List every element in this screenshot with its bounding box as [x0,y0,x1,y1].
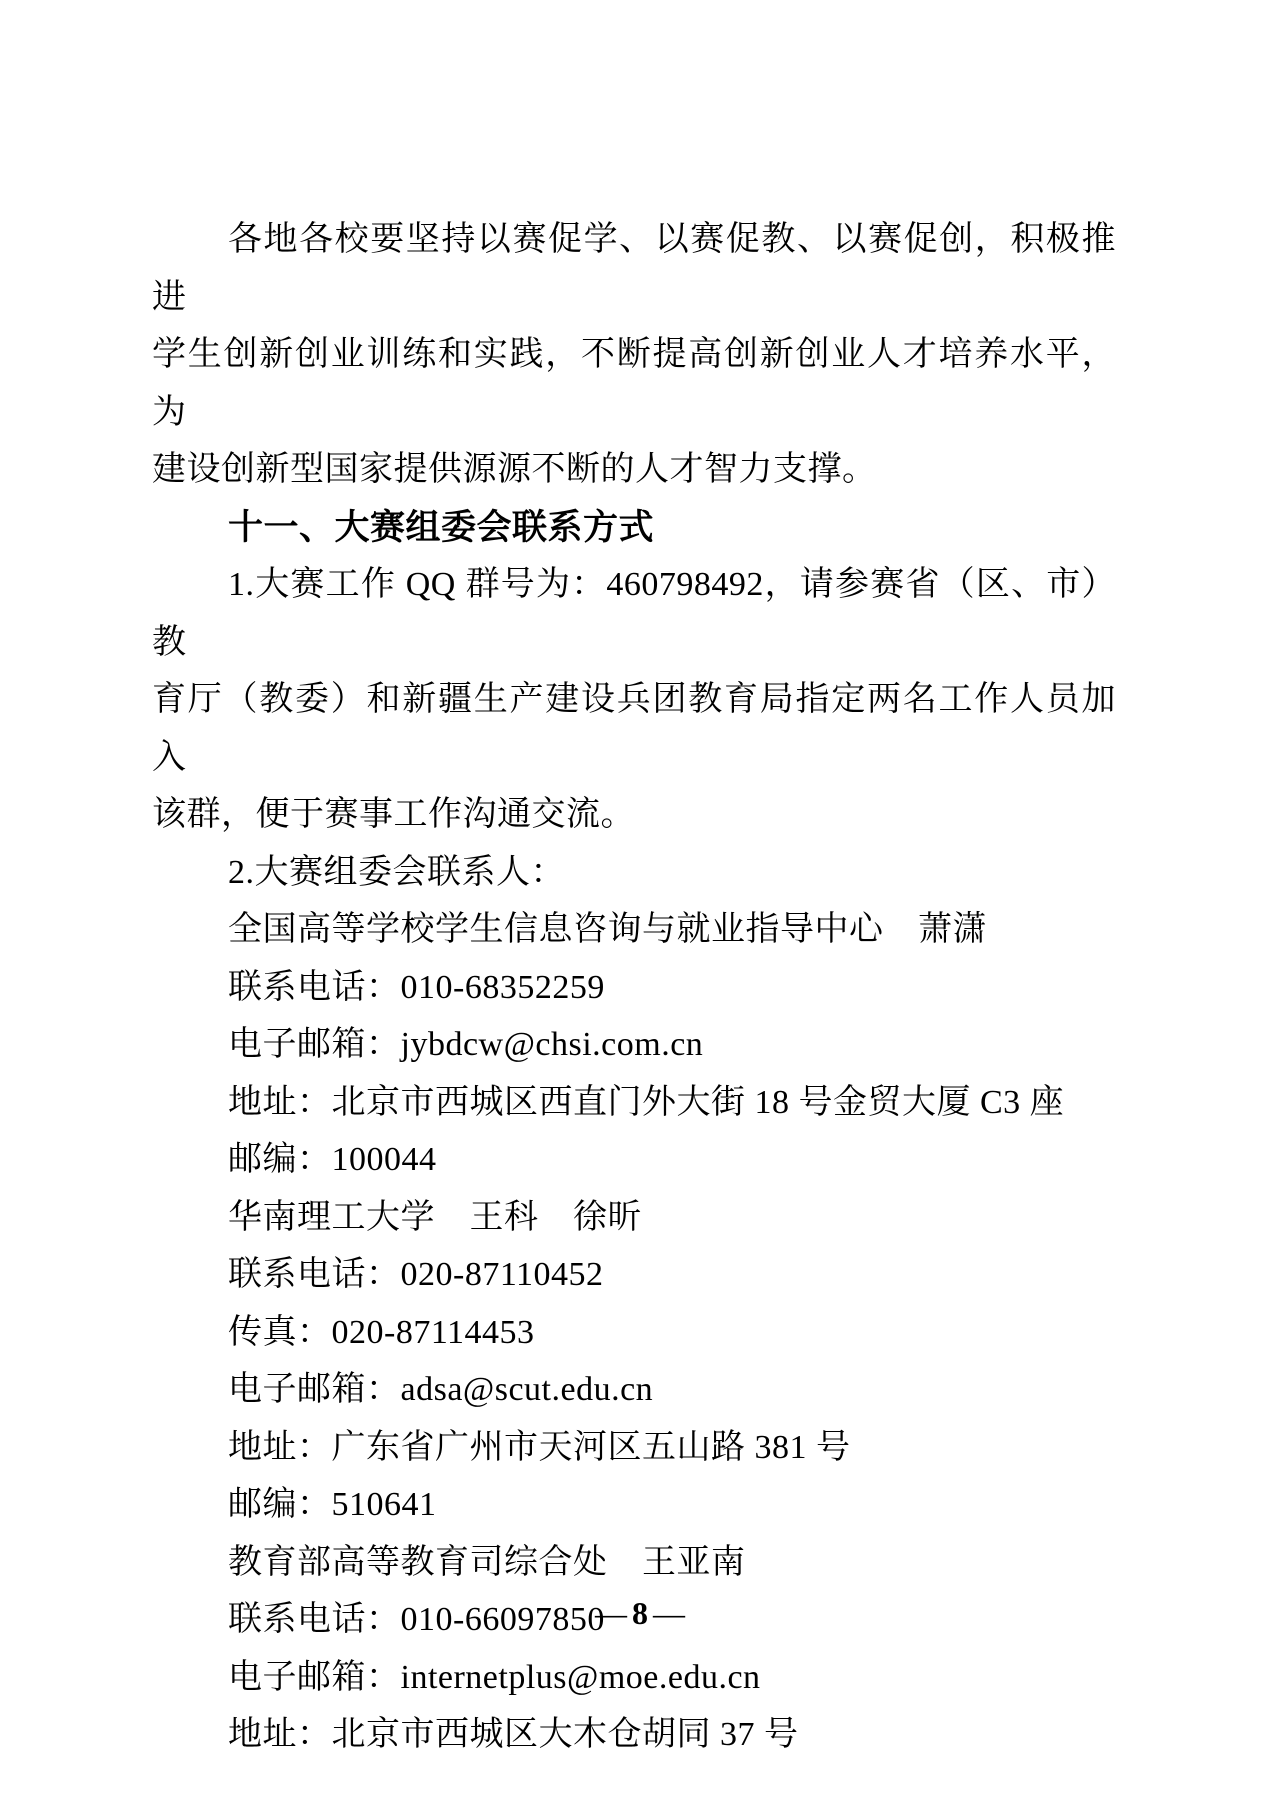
page-footer: —8— [0,1585,1280,1643]
contact-block-moe: 教育部高等教育司综合处 王亚南 联系电话：010-66097850 电子邮箱：i… [152,1534,1116,1764]
contact-email-line: 电子邮箱：jybdcw@chsi.com.cn [152,1016,1116,1074]
section-heading: 十一、大赛组委会联系方式 [152,499,1116,557]
contact-phone-line: 联系电话：020-87110452 [152,1246,1116,1304]
contact-org-line: 全国高等学校学生信息咨询与就业指导中心 萧潇 [152,901,1116,959]
contact-phone-line: 联系电话：010-68352259 [152,959,1116,1017]
document-page: 各地各校要坚持以赛促学、以赛促教、以赛促创，积极推进 学生创新创业训练和实践，不… [0,0,1280,1810]
contact-org-line: 华南理工大学 王科 徐昕 [152,1189,1116,1247]
contact-address-line: 地址：北京市西城区大木仓胡同 37 号 [152,1706,1116,1764]
footer-dash: — [653,1595,685,1631]
page-content: 各地各校要坚持以赛促学、以赛促教、以赛促创，积极推进 学生创新创业训练和实践，不… [152,211,1116,1764]
page-number: 8 [632,1595,648,1631]
paragraph-line: 各地各校要坚持以赛促学、以赛促教、以赛促创，积极推进 [152,211,1116,326]
contact-block-scut: 华南理工大学 王科 徐昕 联系电话：020-87110452 传真：020-87… [152,1189,1116,1534]
contact-postcode-line: 邮编：510641 [152,1476,1116,1534]
qq-paragraph: 1.大赛工作 QQ 群号为：460798492，请参赛省（区、市）教 育厅（教委… [152,556,1116,844]
paragraph-line: 学生创新创业训练和实践，不断提高创新创业人才培养水平，为 [152,326,1116,441]
contact-email-line: 电子邮箱：internetplus@moe.edu.cn [152,1649,1116,1707]
contact-email-line: 电子邮箱：adsa@scut.edu.cn [152,1361,1116,1419]
intro-paragraph: 各地各校要坚持以赛促学、以赛促教、以赛促创，积极推进 学生创新创业训练和实践，不… [152,211,1116,499]
contact-org-line: 教育部高等教育司综合处 王亚南 [152,1534,1116,1592]
contact-address-line: 地址：广东省广州市天河区五山路 381 号 [152,1419,1116,1477]
contact-fax-line: 传真：020-87114453 [152,1304,1116,1362]
contact-block-chsi: 全国高等学校学生信息咨询与就业指导中心 萧潇 联系电话：010-68352259… [152,901,1116,1189]
footer-dash: — [595,1595,627,1631]
paragraph-line: 1.大赛工作 QQ 群号为：460798492，请参赛省（区、市）教 [152,556,1116,671]
paragraph-line: 育厅（教委）和新疆生产建设兵团教育局指定两名工作人员加入 [152,671,1116,786]
contacts-intro-line: 2.大赛组委会联系人： [152,844,1116,902]
contact-postcode-line: 邮编：100044 [152,1131,1116,1189]
paragraph-line: 该群，便于赛事工作沟通交流。 [152,786,1116,844]
contact-address-line: 地址：北京市西城区西直门外大街 18 号金贸大厦 C3 座 [152,1074,1116,1132]
paragraph-line: 建设创新型国家提供源源不断的人才智力支撑。 [152,441,1116,499]
